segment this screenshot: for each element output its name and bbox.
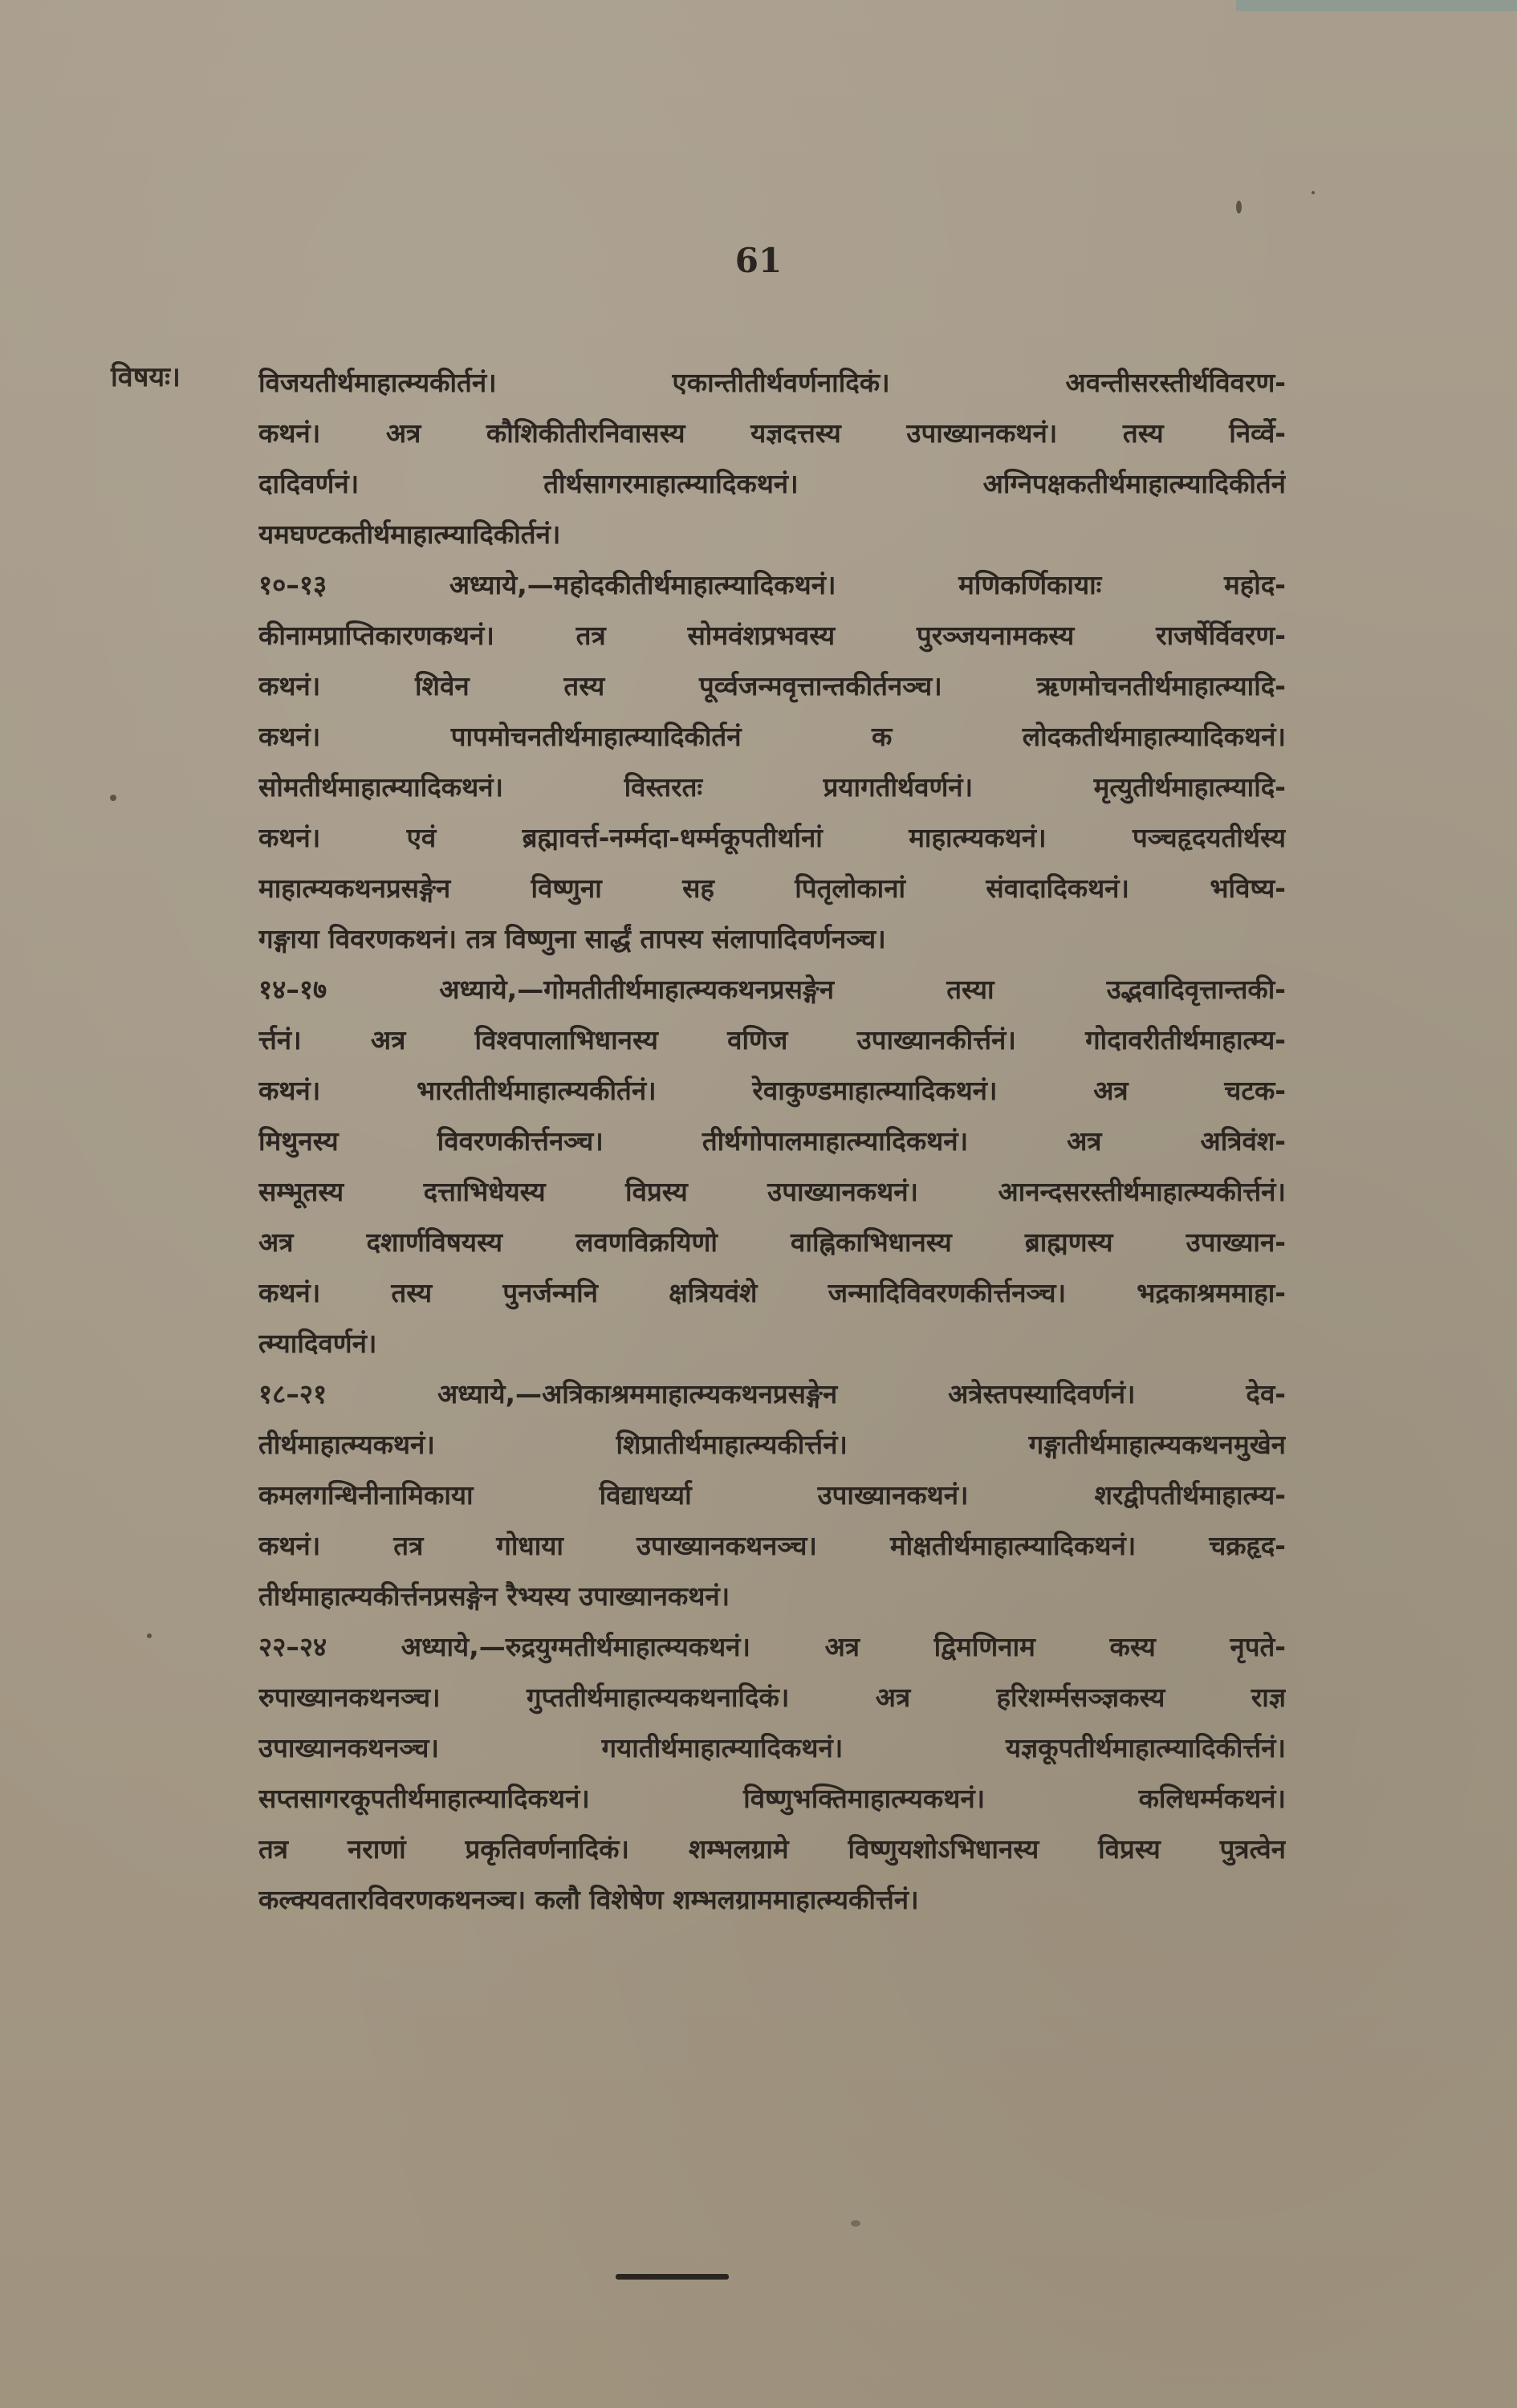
toc-line: र्त्तनं। अत्र विश्वपालाभिधानस्य वणिज उपा… bbox=[258, 1015, 1286, 1065]
toc-line: कथनं। तस्य पुनर्जन्मनि क्षत्रियवंशे जन्म… bbox=[258, 1267, 1286, 1318]
toc-line: कथनं। तत्र गोधाया उपाख्यानकथनञ्च। मोक्षत… bbox=[258, 1520, 1286, 1571]
end-rule-divider bbox=[616, 2274, 729, 2280]
toc-line: यमघण्टकतीर्थमाहात्म्यादिकीर्तनं। bbox=[258, 509, 1286, 559]
toc-line: १४–१७ अध्याये,—गोमतीतीर्थमाहात्म्यकथनप्र… bbox=[258, 964, 1286, 1015]
paper-speck bbox=[851, 2220, 860, 2227]
toc-line: विजयतीर्थमाहात्म्यकीर्तनं। एकान्तीतीर्थव… bbox=[258, 357, 1286, 408]
toc-line: कथनं। पापमोचनतीर्थमाहात्म्यादिकीर्तनं क … bbox=[258, 711, 1286, 762]
toc-line: गङ्गाया विवरणकथनं। तत्र विष्णुना सार्द्ध… bbox=[258, 913, 1286, 964]
toc-line: तत्र नराणां प्रकृतिवर्णनादिकं। शम्भलग्रा… bbox=[258, 1824, 1286, 1874]
subject-label: विषयः। bbox=[111, 357, 181, 394]
toc-line: तीर्थमाहात्म्यकथनं। शिप्रातीर्थमाहात्म्य… bbox=[258, 1419, 1286, 1470]
toc-line: उपाख्यानकथनञ्च। गयातीर्थमाहात्म्यादिकथनं… bbox=[258, 1723, 1286, 1773]
toc-line: सप्तसागरकूपतीर्थमाहात्म्यादिकथनं। विष्णु… bbox=[258, 1773, 1286, 1824]
table-of-contents: विजयतीर्थमाहात्म्यकीर्तनं। एकान्तीतीर्थव… bbox=[258, 357, 1286, 1925]
paper-speck bbox=[1236, 201, 1242, 214]
toc-line: दादिवर्णनं। तीर्थसागरमाहात्म्यादिकथनं। अ… bbox=[258, 458, 1286, 509]
toc-line: सम्भूतस्य दत्ताभिधेयस्य विप्रस्य उपाख्या… bbox=[258, 1166, 1286, 1217]
toc-line: सोमतीर्थमाहात्म्यादिकथनं। विस्तरतः प्रया… bbox=[258, 762, 1286, 812]
toc-line: कीनामप्राप्तिकारणकथनं। तत्र सोमवंशप्रभवस… bbox=[258, 610, 1286, 661]
toc-line: मिथुनस्य विवरणकीर्त्तनञ्च। तीर्थगोपालमाह… bbox=[258, 1116, 1286, 1166]
toc-line: कथनं। भारतीतीर्थमाहात्म्यकीर्तनं। रेवाकु… bbox=[258, 1065, 1286, 1116]
toc-line: कमलगन्धिनीनामिकाया विद्याधर्य्या उपाख्या… bbox=[258, 1470, 1286, 1520]
toc-line: कथनं। अत्र कौशिकीतीरनिवासस्य यज्ञदत्तस्य… bbox=[258, 408, 1286, 458]
paper-speck bbox=[110, 795, 116, 801]
toc-line: १०–१३ अध्याये,—महोदकीतीर्थमाहात्म्यादिकथ… bbox=[258, 559, 1286, 610]
toc-line: रुपाख्यानकथनञ्च। गुप्ततीर्थमाहात्म्यकथना… bbox=[258, 1672, 1286, 1723]
paper-speck bbox=[147, 1633, 152, 1638]
paper-speck bbox=[1312, 191, 1315, 194]
page-edge-strip bbox=[1236, 0, 1517, 11]
toc-line: त्म्यादिवर्णनं। bbox=[258, 1318, 1286, 1369]
toc-line: १८–२१ अध्याये,—अत्रिकाश्रममाहात्म्यकथनप्… bbox=[258, 1369, 1286, 1419]
toc-line: कथनं। एवं ब्रह्मावर्त्त-नर्म्मदा-धर्म्मक… bbox=[258, 812, 1286, 863]
toc-line: तीर्थमाहात्म्यकीर्त्तनप्रसङ्गेन रैभ्यस्य… bbox=[258, 1571, 1286, 1621]
toc-line: कल्क्यवतारविवरणकथनञ्च। कलौ विशेषेण शम्भल… bbox=[258, 1874, 1286, 1925]
page-number: 61 bbox=[0, 241, 1517, 280]
toc-line: कथनं। शिवेन तस्य पूर्व्वजन्मवृत्तान्तकीर… bbox=[258, 661, 1286, 711]
toc-line: अत्र दशार्णविषयस्य लवणविक्रयिणो वाह्निका… bbox=[258, 1217, 1286, 1267]
toc-line: २२–२४ अध्याये,—रुद्रयुग्मतीर्थमाहात्म्यक… bbox=[258, 1621, 1286, 1672]
toc-line: माहात्म्यकथनप्रसङ्गेन विष्णुना सह पितृलो… bbox=[258, 863, 1286, 913]
